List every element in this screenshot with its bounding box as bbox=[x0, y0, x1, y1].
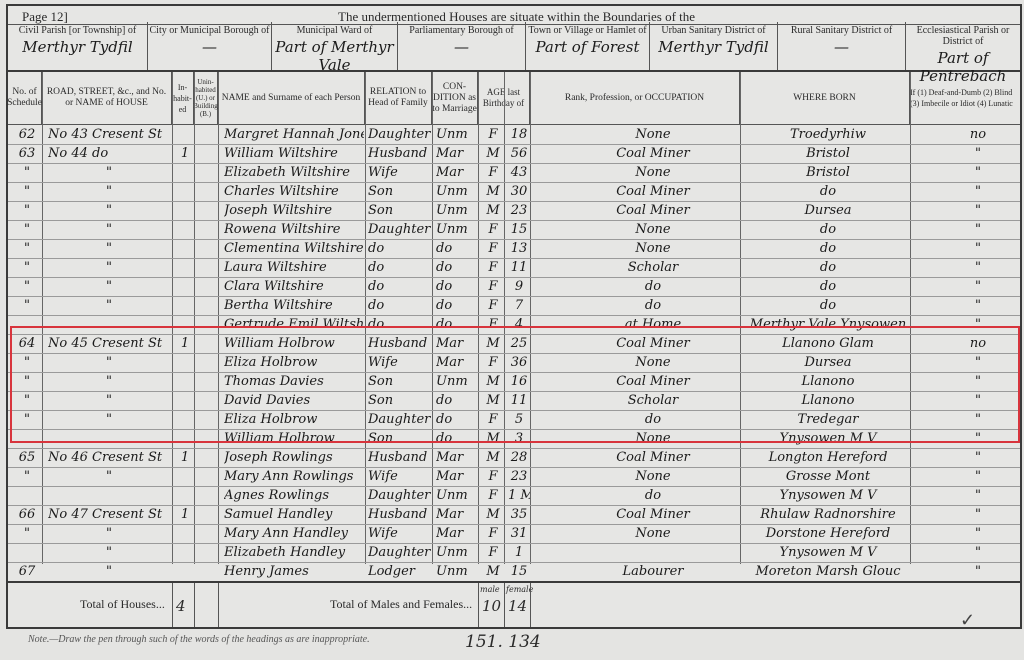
row-address: " bbox=[48, 239, 170, 258]
row-schedule: " bbox=[14, 163, 40, 182]
row-occupation: Coal Miner bbox=[568, 144, 738, 163]
row-occupation bbox=[568, 543, 738, 562]
table-row: 64No 45 Cresent St1William HolbrowHusban… bbox=[8, 334, 1020, 354]
row-infirmity: " bbox=[958, 239, 998, 258]
row-infirmity: " bbox=[958, 505, 998, 524]
row-age: 7 bbox=[508, 296, 530, 315]
row-age: 13 bbox=[508, 239, 530, 258]
row-infirmity: " bbox=[958, 486, 998, 505]
row-address: " bbox=[48, 467, 170, 486]
row-relation: Wife bbox=[368, 467, 432, 486]
row-schedule: " bbox=[14, 258, 40, 277]
table-row: 67"Henry JamesLodgerUnmM15LabourerMoreto… bbox=[8, 562, 1020, 582]
row-inhabited: 1 bbox=[178, 448, 192, 467]
row-inhabited bbox=[178, 201, 192, 220]
row-inhabited: 1 bbox=[178, 505, 192, 524]
row-where-born: do bbox=[748, 220, 908, 239]
row-name: Samuel Handley bbox=[224, 505, 364, 524]
row-occupation: Coal Miner bbox=[568, 334, 738, 353]
row-where-born: do bbox=[748, 277, 908, 296]
row-infirmity: " bbox=[958, 315, 998, 334]
col-divider bbox=[218, 583, 219, 627]
total-males: 10 bbox=[482, 597, 501, 615]
col-divider bbox=[504, 583, 505, 627]
table-row: William HolbrowSondoM3NoneYnysowen M V" bbox=[8, 429, 1020, 449]
row-age: 28 bbox=[508, 448, 530, 467]
row-address: No 46 Cresent St bbox=[48, 448, 170, 467]
row-address: No 44 do bbox=[48, 144, 170, 163]
row-infirmity: no bbox=[958, 334, 998, 353]
total-persons-label: Total of Males and Females... bbox=[330, 597, 472, 612]
col-schedule: No. of Schedule bbox=[8, 72, 42, 124]
row-schedule: 62 bbox=[14, 125, 40, 144]
row-age: 23 bbox=[508, 467, 530, 486]
row-sex: M bbox=[484, 505, 502, 524]
row-relation: Wife bbox=[368, 524, 432, 543]
row-schedule bbox=[14, 315, 40, 334]
row-name: Eliza Holbrow bbox=[224, 353, 364, 372]
row-address: " bbox=[48, 258, 170, 277]
row-condition: Mar bbox=[436, 353, 478, 372]
row-infirmity: no bbox=[958, 125, 998, 144]
row-occupation: None bbox=[568, 429, 738, 448]
row-age: 43 bbox=[508, 163, 530, 182]
row-schedule: " bbox=[14, 524, 40, 543]
row-address: " bbox=[48, 372, 170, 391]
row-inhabited bbox=[178, 410, 192, 429]
totals-row: Total of Houses... 4 Total of Males and … bbox=[8, 581, 1020, 629]
row-where-born: Tredegar bbox=[748, 410, 908, 429]
row-condition: Unm bbox=[436, 182, 478, 201]
row-inhabited bbox=[178, 372, 192, 391]
table-row: ""Thomas DaviesSonUnmM16Coal MinerLlanon… bbox=[8, 372, 1020, 392]
row-age: 18 bbox=[508, 125, 530, 144]
row-name: Charles Wiltshire bbox=[224, 182, 364, 201]
row-occupation: None bbox=[568, 353, 738, 372]
row-age: 56 bbox=[508, 144, 530, 163]
row-schedule: 64 bbox=[14, 334, 40, 353]
row-where-born: do bbox=[748, 258, 908, 277]
row-sex: M bbox=[484, 201, 502, 220]
row-condition: Mar bbox=[436, 467, 478, 486]
row-relation: Husband bbox=[368, 334, 432, 353]
row-relation: do bbox=[368, 277, 432, 296]
row-infirmity: " bbox=[958, 543, 998, 562]
row-inhabited bbox=[178, 315, 192, 334]
row-relation: Son bbox=[368, 201, 432, 220]
district-municipal-ward: Municipal Ward of Part of Merthyr Vale bbox=[272, 22, 398, 70]
row-inhabited bbox=[178, 220, 192, 239]
district-civil-parish: Civil Parish [or Township] of Merthyr Ty… bbox=[8, 22, 148, 70]
table-row: ""Eliza HolbrowDaughterdoF5doTredegar" bbox=[8, 410, 1020, 430]
row-occupation: None bbox=[568, 125, 738, 144]
row-occupation: Scholar bbox=[568, 258, 738, 277]
row-inhabited: 1 bbox=[178, 144, 192, 163]
row-relation: Daughter bbox=[368, 220, 432, 239]
row-sex: F bbox=[484, 524, 502, 543]
row-inhabited bbox=[178, 524, 192, 543]
row-sex: M bbox=[484, 372, 502, 391]
row-age: 11 bbox=[508, 258, 530, 277]
table-row: "Elizabeth HandleyDaughterUnmF1Ynysowen … bbox=[8, 543, 1020, 563]
row-name: Bertha Wiltshire bbox=[224, 296, 364, 315]
row-inhabited bbox=[178, 353, 192, 372]
row-name: Elizabeth Handley bbox=[224, 543, 364, 562]
table-row: ""Rowena WiltshireDaughterUnmF15Nonedo" bbox=[8, 220, 1020, 240]
row-age: 3 bbox=[508, 429, 530, 448]
row-sex: F bbox=[484, 258, 502, 277]
row-condition: do bbox=[436, 258, 478, 277]
row-name: Joseph Wiltshire bbox=[224, 201, 364, 220]
row-address: " bbox=[48, 201, 170, 220]
row-where-born: do bbox=[748, 296, 908, 315]
row-relation: Husband bbox=[368, 144, 432, 163]
row-condition: Unm bbox=[436, 372, 478, 391]
row-age: 15 bbox=[508, 220, 530, 239]
table-row: 66No 47 Cresent St1Samuel HandleyHusband… bbox=[8, 505, 1020, 525]
row-infirmity: " bbox=[958, 277, 998, 296]
row-infirmity: " bbox=[958, 372, 998, 391]
district-ecclesiastical: Ecclesiastical Parish or District of Par… bbox=[906, 22, 1020, 70]
row-inhabited bbox=[178, 562, 192, 581]
row-name: Henry James bbox=[224, 562, 364, 581]
row-occupation: Coal Miner bbox=[568, 448, 738, 467]
col-inhabited: In-habit-ed bbox=[172, 72, 194, 124]
row-sex: F bbox=[484, 410, 502, 429]
row-infirmity: " bbox=[958, 410, 998, 429]
row-name: Laura Wiltshire bbox=[224, 258, 364, 277]
row-occupation: None bbox=[568, 163, 738, 182]
row-schedule: " bbox=[14, 182, 40, 201]
row-relation: do bbox=[368, 315, 432, 334]
row-where-born: Ynysowen M V bbox=[748, 543, 908, 562]
row-schedule: " bbox=[14, 353, 40, 372]
row-sex: F bbox=[484, 467, 502, 486]
row-schedule: " bbox=[14, 220, 40, 239]
row-inhabited bbox=[178, 239, 192, 258]
district-municipal-borough: City or Municipal Borough of — bbox=[148, 22, 272, 70]
row-age: 4 bbox=[508, 315, 530, 334]
row-sex: M bbox=[484, 144, 502, 163]
row-relation: Husband bbox=[368, 505, 432, 524]
district-header: Civil Parish [or Township] of Merthyr Ty… bbox=[8, 22, 1020, 72]
district-rural-sanitary: Rural Sanitary District of — bbox=[778, 22, 906, 70]
table-row: Gertrude Emil WiltshiredodoF4at HomeMert… bbox=[8, 315, 1020, 335]
row-condition: do bbox=[436, 410, 478, 429]
row-relation: Daughter bbox=[368, 543, 432, 562]
row-where-born: Bristol bbox=[748, 163, 908, 182]
row-sex: F bbox=[484, 277, 502, 296]
row-schedule: " bbox=[14, 467, 40, 486]
row-occupation: None bbox=[568, 239, 738, 258]
row-relation: Wife bbox=[368, 353, 432, 372]
row-name: William Holbrow bbox=[224, 334, 364, 353]
row-condition: do bbox=[436, 429, 478, 448]
row-address: " bbox=[48, 410, 170, 429]
row-where-born: Bristol bbox=[748, 144, 908, 163]
row-relation: Son bbox=[368, 182, 432, 201]
row-inhabited bbox=[178, 258, 192, 277]
row-relation: Son bbox=[368, 372, 432, 391]
row-condition: Unm bbox=[436, 562, 478, 581]
row-name: Joseph Rowlings bbox=[224, 448, 364, 467]
row-address: " bbox=[48, 163, 170, 182]
row-name: Gertrude Emil Wiltshire bbox=[224, 315, 364, 334]
row-occupation: None bbox=[568, 220, 738, 239]
row-age: 1 Mths bbox=[508, 486, 530, 505]
total-houses-value: 4 bbox=[176, 597, 186, 615]
table-row: Agnes RowlingsDaughterUnmF1 MthsdoYnysow… bbox=[8, 486, 1020, 506]
row-condition: do bbox=[436, 277, 478, 296]
row-occupation: Coal Miner bbox=[568, 505, 738, 524]
row-sex: F bbox=[484, 296, 502, 315]
row-infirmity: " bbox=[958, 467, 998, 486]
males-label: male bbox=[480, 585, 500, 594]
row-relation: Husband bbox=[368, 448, 432, 467]
row-condition: Unm bbox=[436, 125, 478, 144]
row-schedule: " bbox=[14, 201, 40, 220]
row-infirmity: " bbox=[958, 448, 998, 467]
row-sex: M bbox=[484, 429, 502, 448]
row-name: Thomas Davies bbox=[224, 372, 364, 391]
row-age: 25 bbox=[508, 334, 530, 353]
row-sex: F bbox=[484, 486, 502, 505]
row-infirmity: " bbox=[958, 429, 998, 448]
row-address: No 45 Cresent St bbox=[48, 334, 170, 353]
district-parliamentary-borough: Parliamentary Borough of — bbox=[398, 22, 526, 70]
row-name: Rowena Wiltshire bbox=[224, 220, 364, 239]
row-relation: do bbox=[368, 296, 432, 315]
row-schedule bbox=[14, 486, 40, 505]
row-where-born: Rhulaw Radnorshire bbox=[748, 505, 908, 524]
row-condition: do bbox=[436, 315, 478, 334]
row-where-born: Ynysowen M V bbox=[748, 486, 908, 505]
row-schedule: " bbox=[14, 296, 40, 315]
row-address: " bbox=[48, 391, 170, 410]
table-row: ""Mary Ann RowlingsWifeMarF23NoneGrosse … bbox=[8, 467, 1020, 487]
row-schedule: " bbox=[14, 391, 40, 410]
row-schedule bbox=[14, 543, 40, 562]
row-address: " bbox=[48, 182, 170, 201]
row-occupation: at Home bbox=[568, 315, 738, 334]
row-where-born: Dursea bbox=[748, 353, 908, 372]
table-row: ""Laura WiltshiredodoF11Scholardo" bbox=[8, 258, 1020, 278]
row-age: 15 bbox=[508, 562, 530, 581]
column-header-row: No. of Schedule ROAD, STREET, &c., and N… bbox=[8, 72, 1020, 125]
row-address: No 43 Cresent St bbox=[48, 125, 170, 144]
row-where-born: Merthyr Vale Ynysowen bbox=[748, 315, 908, 334]
row-inhabited bbox=[178, 296, 192, 315]
row-inhabited: 1 bbox=[178, 334, 192, 353]
row-condition: Mar bbox=[436, 524, 478, 543]
row-age: 23 bbox=[508, 201, 530, 220]
row-condition: Mar bbox=[436, 163, 478, 182]
row-occupation: None bbox=[568, 467, 738, 486]
row-schedule: " bbox=[14, 277, 40, 296]
row-inhabited bbox=[178, 486, 192, 505]
row-infirmity: " bbox=[958, 258, 998, 277]
row-condition: Unm bbox=[436, 486, 478, 505]
row-sex: F bbox=[484, 239, 502, 258]
row-age: 35 bbox=[508, 505, 530, 524]
row-infirmity: " bbox=[958, 562, 998, 581]
row-condition: Mar bbox=[436, 505, 478, 524]
row-where-born: Llanono bbox=[748, 391, 908, 410]
row-name: David Davies bbox=[224, 391, 364, 410]
row-where-born: Longton Hereford bbox=[748, 448, 908, 467]
row-name: Mary Ann Handley bbox=[224, 524, 364, 543]
row-relation: Wife bbox=[368, 163, 432, 182]
col-occupation: Rank, Profession, or OCCUPATION bbox=[530, 72, 740, 124]
row-occupation: Coal Miner bbox=[568, 372, 738, 391]
row-age: 1 bbox=[508, 543, 530, 562]
row-occupation: do bbox=[568, 277, 738, 296]
row-name: Clementina Wiltshire bbox=[224, 239, 364, 258]
row-condition: do bbox=[436, 296, 478, 315]
row-relation: Lodger bbox=[368, 562, 432, 581]
row-relation: do bbox=[368, 258, 432, 277]
row-condition: Unm bbox=[436, 201, 478, 220]
col-address: ROAD, STREET, &c., and No. or NAME of HO… bbox=[42, 72, 172, 124]
col-divider bbox=[194, 583, 195, 627]
row-sex: F bbox=[484, 163, 502, 182]
row-infirmity: " bbox=[958, 296, 998, 315]
row-address bbox=[48, 429, 170, 448]
row-relation: Daughter bbox=[368, 125, 432, 144]
col-divider bbox=[478, 583, 479, 627]
row-inhabited bbox=[178, 163, 192, 182]
table-row: ""Mary Ann HandleyWifeMarF31NoneDorstone… bbox=[8, 524, 1020, 544]
col-divider bbox=[172, 583, 173, 627]
row-sex: F bbox=[484, 353, 502, 372]
row-address: " bbox=[48, 296, 170, 315]
row-occupation: Scholar bbox=[568, 391, 738, 410]
table-row: ""Clara WiltshiredodoF9dodo" bbox=[8, 277, 1020, 297]
row-schedule: 63 bbox=[14, 144, 40, 163]
row-schedule: " bbox=[14, 372, 40, 391]
row-schedule: " bbox=[14, 239, 40, 258]
row-occupation: None bbox=[568, 524, 738, 543]
row-where-born: Dorstone Hereford bbox=[748, 524, 908, 543]
page-total: 151. 134 bbox=[465, 632, 541, 652]
row-sex: F bbox=[484, 543, 502, 562]
row-inhabited bbox=[178, 543, 192, 562]
row-infirmity: " bbox=[958, 144, 998, 163]
check-mark: ✓ bbox=[960, 610, 975, 631]
col-condition: CON-DITION as to Marriage bbox=[432, 72, 478, 124]
row-inhabited bbox=[178, 467, 192, 486]
row-address: No 47 Cresent St bbox=[48, 505, 170, 524]
row-relation: Son bbox=[368, 429, 432, 448]
row-inhabited bbox=[178, 125, 192, 144]
col-name: NAME and Surname of each Person bbox=[218, 72, 365, 124]
footnote: Note.—Draw the pen through such of the w… bbox=[28, 634, 370, 645]
row-schedule: 67 bbox=[14, 562, 40, 581]
col-divider bbox=[530, 583, 531, 627]
table-row: 63No 44 do1William WiltshireHusbandMarM5… bbox=[8, 144, 1020, 164]
row-condition: Unm bbox=[436, 543, 478, 562]
row-address bbox=[48, 486, 170, 505]
row-where-born: Dursea bbox=[748, 201, 908, 220]
row-where-born: Llanono Glam bbox=[748, 334, 908, 353]
row-where-born: Moreton Marsh Glouc bbox=[748, 562, 908, 581]
row-condition: Mar bbox=[436, 448, 478, 467]
row-occupation: do bbox=[568, 486, 738, 505]
row-name: Mary Ann Rowlings bbox=[224, 467, 364, 486]
row-age: 16 bbox=[508, 372, 530, 391]
row-inhabited bbox=[178, 182, 192, 201]
row-sex: F bbox=[484, 315, 502, 334]
col-infirmity: If (1) Deaf-and-Dumb (2) Blind (3) Imbec… bbox=[910, 72, 1020, 124]
table-row: ""Joseph WiltshireSonUnmM23Coal MinerDur… bbox=[8, 201, 1020, 221]
census-page: Page 12] The undermentioned Houses are s… bbox=[6, 4, 1022, 629]
row-age: 30 bbox=[508, 182, 530, 201]
col-relation: RELATION to Head of Family bbox=[365, 72, 432, 124]
row-condition: Mar bbox=[436, 144, 478, 163]
row-where-born: do bbox=[748, 239, 908, 258]
row-inhabited bbox=[178, 277, 192, 296]
row-address: " bbox=[48, 220, 170, 239]
row-address: " bbox=[48, 562, 170, 581]
table-row: ""Elizabeth WiltshireWifeMarF43NoneBrist… bbox=[8, 163, 1020, 183]
row-address: " bbox=[48, 277, 170, 296]
row-infirmity: " bbox=[958, 391, 998, 410]
row-relation: Daughter bbox=[368, 486, 432, 505]
row-infirmity: " bbox=[958, 353, 998, 372]
row-sex: M bbox=[484, 391, 502, 410]
row-name: Agnes Rowlings bbox=[224, 486, 364, 505]
row-inhabited bbox=[178, 429, 192, 448]
row-address: " bbox=[48, 543, 170, 562]
table-row: ""Clementina WiltshiredodoF13Nonedo" bbox=[8, 239, 1020, 259]
row-address: " bbox=[48, 353, 170, 372]
row-sex: M bbox=[484, 448, 502, 467]
row-infirmity: " bbox=[958, 524, 998, 543]
row-condition: Unm bbox=[436, 220, 478, 239]
table-row: 62No 43 Cresent StMargret Hannah JonesDa… bbox=[8, 125, 1020, 145]
row-condition: do bbox=[436, 239, 478, 258]
row-infirmity: " bbox=[958, 163, 998, 182]
table-row: ""Eliza HolbrowWifeMarF36NoneDursea" bbox=[8, 353, 1020, 373]
row-where-born: Ynysowen M V bbox=[748, 429, 908, 448]
row-age: 36 bbox=[508, 353, 530, 372]
row-where-born: Grosse Mont bbox=[748, 467, 908, 486]
table-row: ""Charles WiltshireSonUnmM30Coal Minerdo… bbox=[8, 182, 1020, 202]
col-where-born: WHERE BORN bbox=[740, 72, 910, 124]
district-town-village: Town or Village or Hamlet of Part of For… bbox=[526, 22, 650, 70]
row-name: Eliza Holbrow bbox=[224, 410, 364, 429]
table-row: 65No 46 Cresent St1Joseph RowlingsHusban… bbox=[8, 448, 1020, 468]
row-condition: Mar bbox=[436, 334, 478, 353]
row-sex: F bbox=[484, 125, 502, 144]
row-sex: F bbox=[484, 220, 502, 239]
row-name: William Holbrow bbox=[224, 429, 364, 448]
row-relation: Son bbox=[368, 391, 432, 410]
row-inhabited bbox=[178, 391, 192, 410]
district-urban-sanitary: Urban Sanitary District of Merthyr Tydfi… bbox=[650, 22, 778, 70]
row-name: Margret Hannah Jones bbox=[224, 125, 364, 144]
row-schedule: 66 bbox=[14, 505, 40, 524]
row-age: 11 bbox=[508, 391, 530, 410]
row-name: William Wiltshire bbox=[224, 144, 364, 163]
row-address: " bbox=[48, 524, 170, 543]
row-occupation: Coal Miner bbox=[568, 182, 738, 201]
row-schedule: " bbox=[14, 410, 40, 429]
table-row: ""David DaviesSondoM11ScholarLlanono" bbox=[8, 391, 1020, 411]
row-address bbox=[48, 315, 170, 334]
row-name: Elizabeth Wiltshire bbox=[224, 163, 364, 182]
row-occupation: do bbox=[568, 296, 738, 315]
